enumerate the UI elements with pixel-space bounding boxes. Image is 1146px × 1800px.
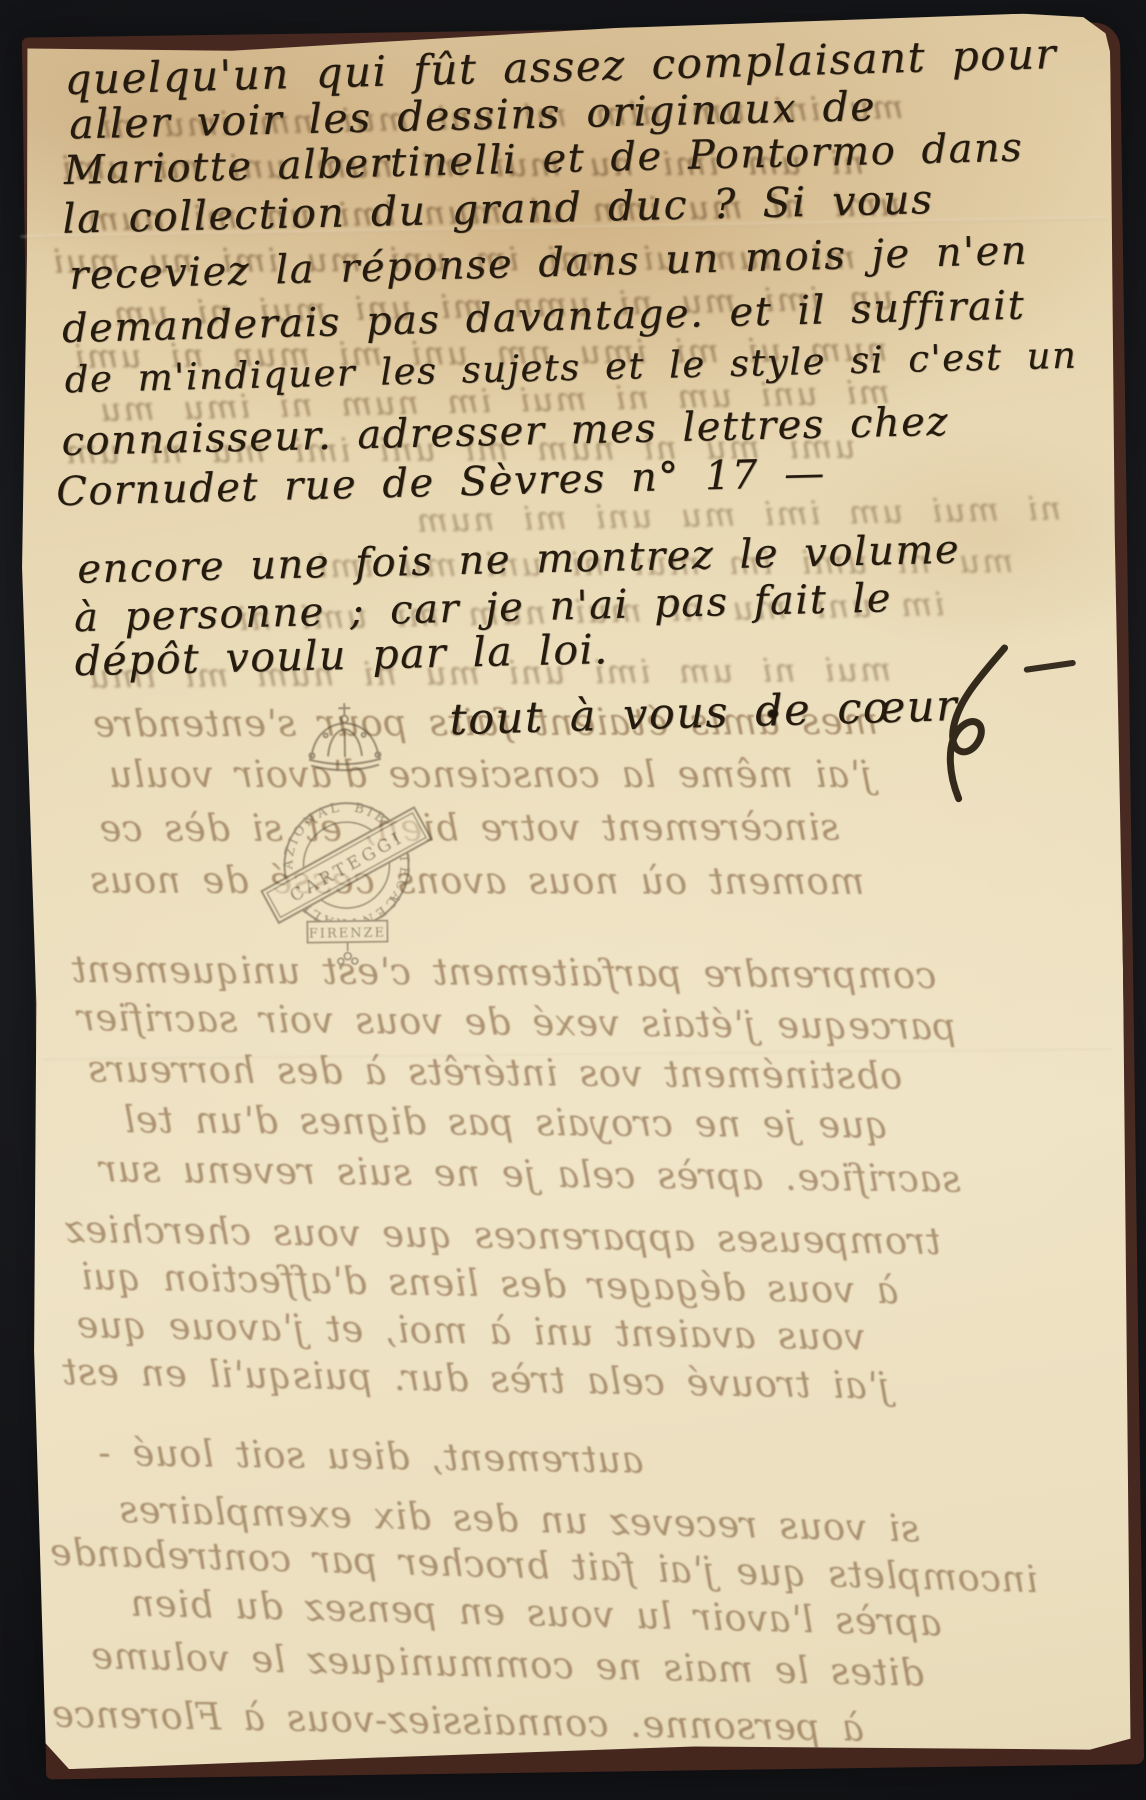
bleed-line: comprendre parfaitement c'est uniquement — [71, 948, 937, 997]
stamp-crown-icon — [308, 703, 381, 771]
bleed-line: sincèrement votre bien, et si dès ce — [99, 806, 840, 850]
bleed-line: moment où nous avons cessé de nous — [90, 859, 865, 903]
bleed-line: que je ne croyais pas dignes d'un tel — [123, 1098, 889, 1146]
stamp-ornament — [338, 942, 358, 964]
bleed-line: autrement, dieu soit loué - — [97, 1431, 643, 1482]
bleed-line: obstinément vos intérêts à des horreurs — [87, 1048, 902, 1098]
bleed-line: j'ai même la conscience d'avoir voulu — [108, 753, 872, 796]
stamp-bottom-text: FIRENZE — [309, 926, 387, 942]
manuscript-photo: mu ini um nim mi uni mui nm imu ni ni um… — [0, 0, 1146, 1800]
rotated-layer: mu ini um nim mi uni mui nm imu ni ni um… — [0, 0, 1146, 1800]
library-stamp: BIBLIOTECA CENTRALE NAZIONALE CARTEGGI F… — [249, 694, 443, 977]
signature-flourish — [886, 641, 1098, 814]
bleed-line: parceque j'étais vexé de vous voir sacri… — [77, 996, 957, 1048]
